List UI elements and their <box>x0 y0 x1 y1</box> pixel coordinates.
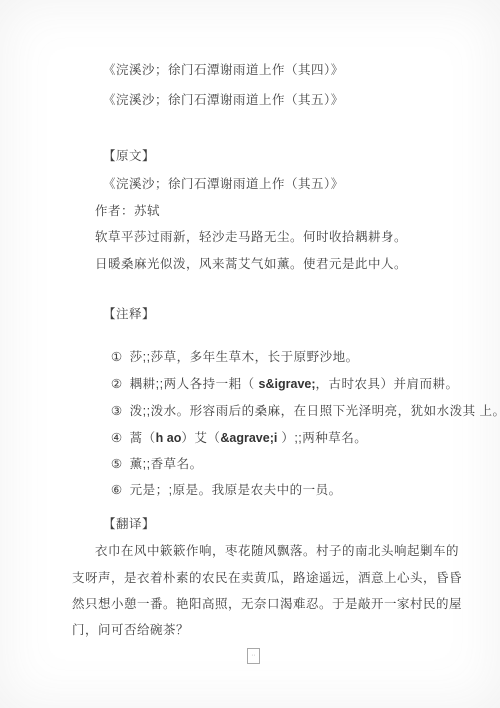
missing-glyph-icon: ·· <box>247 648 260 664</box>
author-line: 作者：苏轼 <box>95 203 160 219</box>
poem-line-2: 日暖桑麻光似泼，风来蒿艾气如薰。使君元是此中人。 <box>95 256 407 272</box>
section-heading-translation: 【翻译】 <box>103 516 155 532</box>
translation-line-3: 然只想小憩一番。艳阳高照，无奈口渴难忍。于是敲开一家村民的屋 <box>72 596 462 612</box>
note-6-text: 元是；;原是。我原是农夫中的一员。 <box>130 483 342 497</box>
article-page: 《浣溪沙；徐门石潭谢雨道上作（其四）》 《浣溪沙；徐门石潭谢雨道上作（其五）》 … <box>0 0 500 708</box>
note-4-pinyin-ai: &agrave;i <box>220 431 277 445</box>
original-poem-title: 《浣溪沙；徐门石潭谢雨道上作（其五）》 <box>103 176 344 192</box>
translation-line-2: 支呀声，是衣着朴素的农民在卖黄瓜，路途遥远，酒意上心头，昏昏 <box>72 570 462 586</box>
section-heading-original: 【原文】 <box>103 148 155 164</box>
note-4-text-post: ）;;两种草名。 <box>277 431 367 445</box>
poem-title-part5: 《浣溪沙；徐门石潭谢雨道上作（其五）》 <box>103 92 344 108</box>
poem-line-1: 软草平莎过雨新，轻沙走马路无尘。何时收拾耦耕身。 <box>95 229 407 245</box>
translation-line-1: 衣巾在风中簌簌作响，枣花随风飘落。村子的南北头响起剿车的 <box>95 543 459 559</box>
poem-title-part4: 《浣溪沙；徐门石潭谢雨道上作（其四）》 <box>103 62 344 78</box>
section-heading-notes: 【注释】 <box>103 306 155 322</box>
note-item-6: ⑥元是；;原是。我原是农夫中的一员。 <box>95 466 342 514</box>
translation-line-4: 门，问可否给碗茶？ <box>72 622 189 638</box>
note-6-marker: ⑥ <box>111 483 123 497</box>
